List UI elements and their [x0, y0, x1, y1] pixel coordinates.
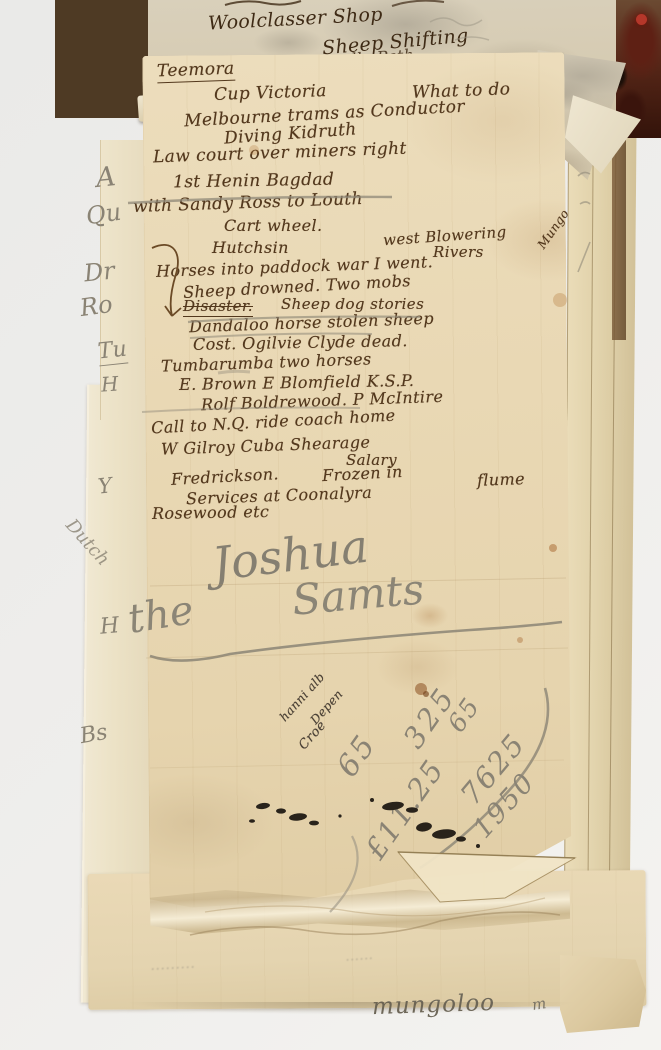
pencil-fragment: Tu — [97, 337, 129, 367]
handwritten-line: Cup Victoria — [214, 81, 327, 105]
ghost-writing: …… — [344, 947, 373, 965]
binding-edge-lower — [612, 130, 626, 340]
pencil-fragment: Dr — [83, 256, 116, 287]
handwritten-line: Rivers — [433, 243, 484, 261]
handwritten-line: Cart wheel. — [224, 216, 323, 235]
handwritten-line: Hutchsin — [212, 238, 289, 257]
page-title: Teemora — [157, 59, 235, 84]
handwritten-line: 1st Henin Bagdad — [173, 170, 335, 193]
notebook-photo: ……… …… mungoloo m Woolclasser Shop Sheep… — [0, 0, 661, 1050]
handwritten-line: Rosewood etc — [152, 502, 270, 523]
pencil-fragment: H — [99, 613, 120, 640]
pencil-fragment: Ro — [78, 290, 114, 322]
pencil-fragment: H — [100, 371, 119, 396]
handwritten-line: Cost. Ogilvie Clyde dead. — [193, 331, 408, 354]
bottom-sheet-corner-stack — [560, 955, 646, 1033]
pencil-fragment: A — [94, 161, 117, 194]
handwritten-line-struck: Disaster. — [183, 297, 253, 317]
handwritten-line: flume — [477, 469, 526, 490]
pencil-fragment: Qu — [84, 198, 123, 231]
stack-shadow — [70, 1002, 630, 1018]
pencil-fragment: Y — [97, 473, 113, 498]
ghost-writing: ……… — [150, 954, 196, 974]
binding-red-spot — [636, 14, 647, 25]
pencil-fragment: Bs — [78, 720, 109, 749]
